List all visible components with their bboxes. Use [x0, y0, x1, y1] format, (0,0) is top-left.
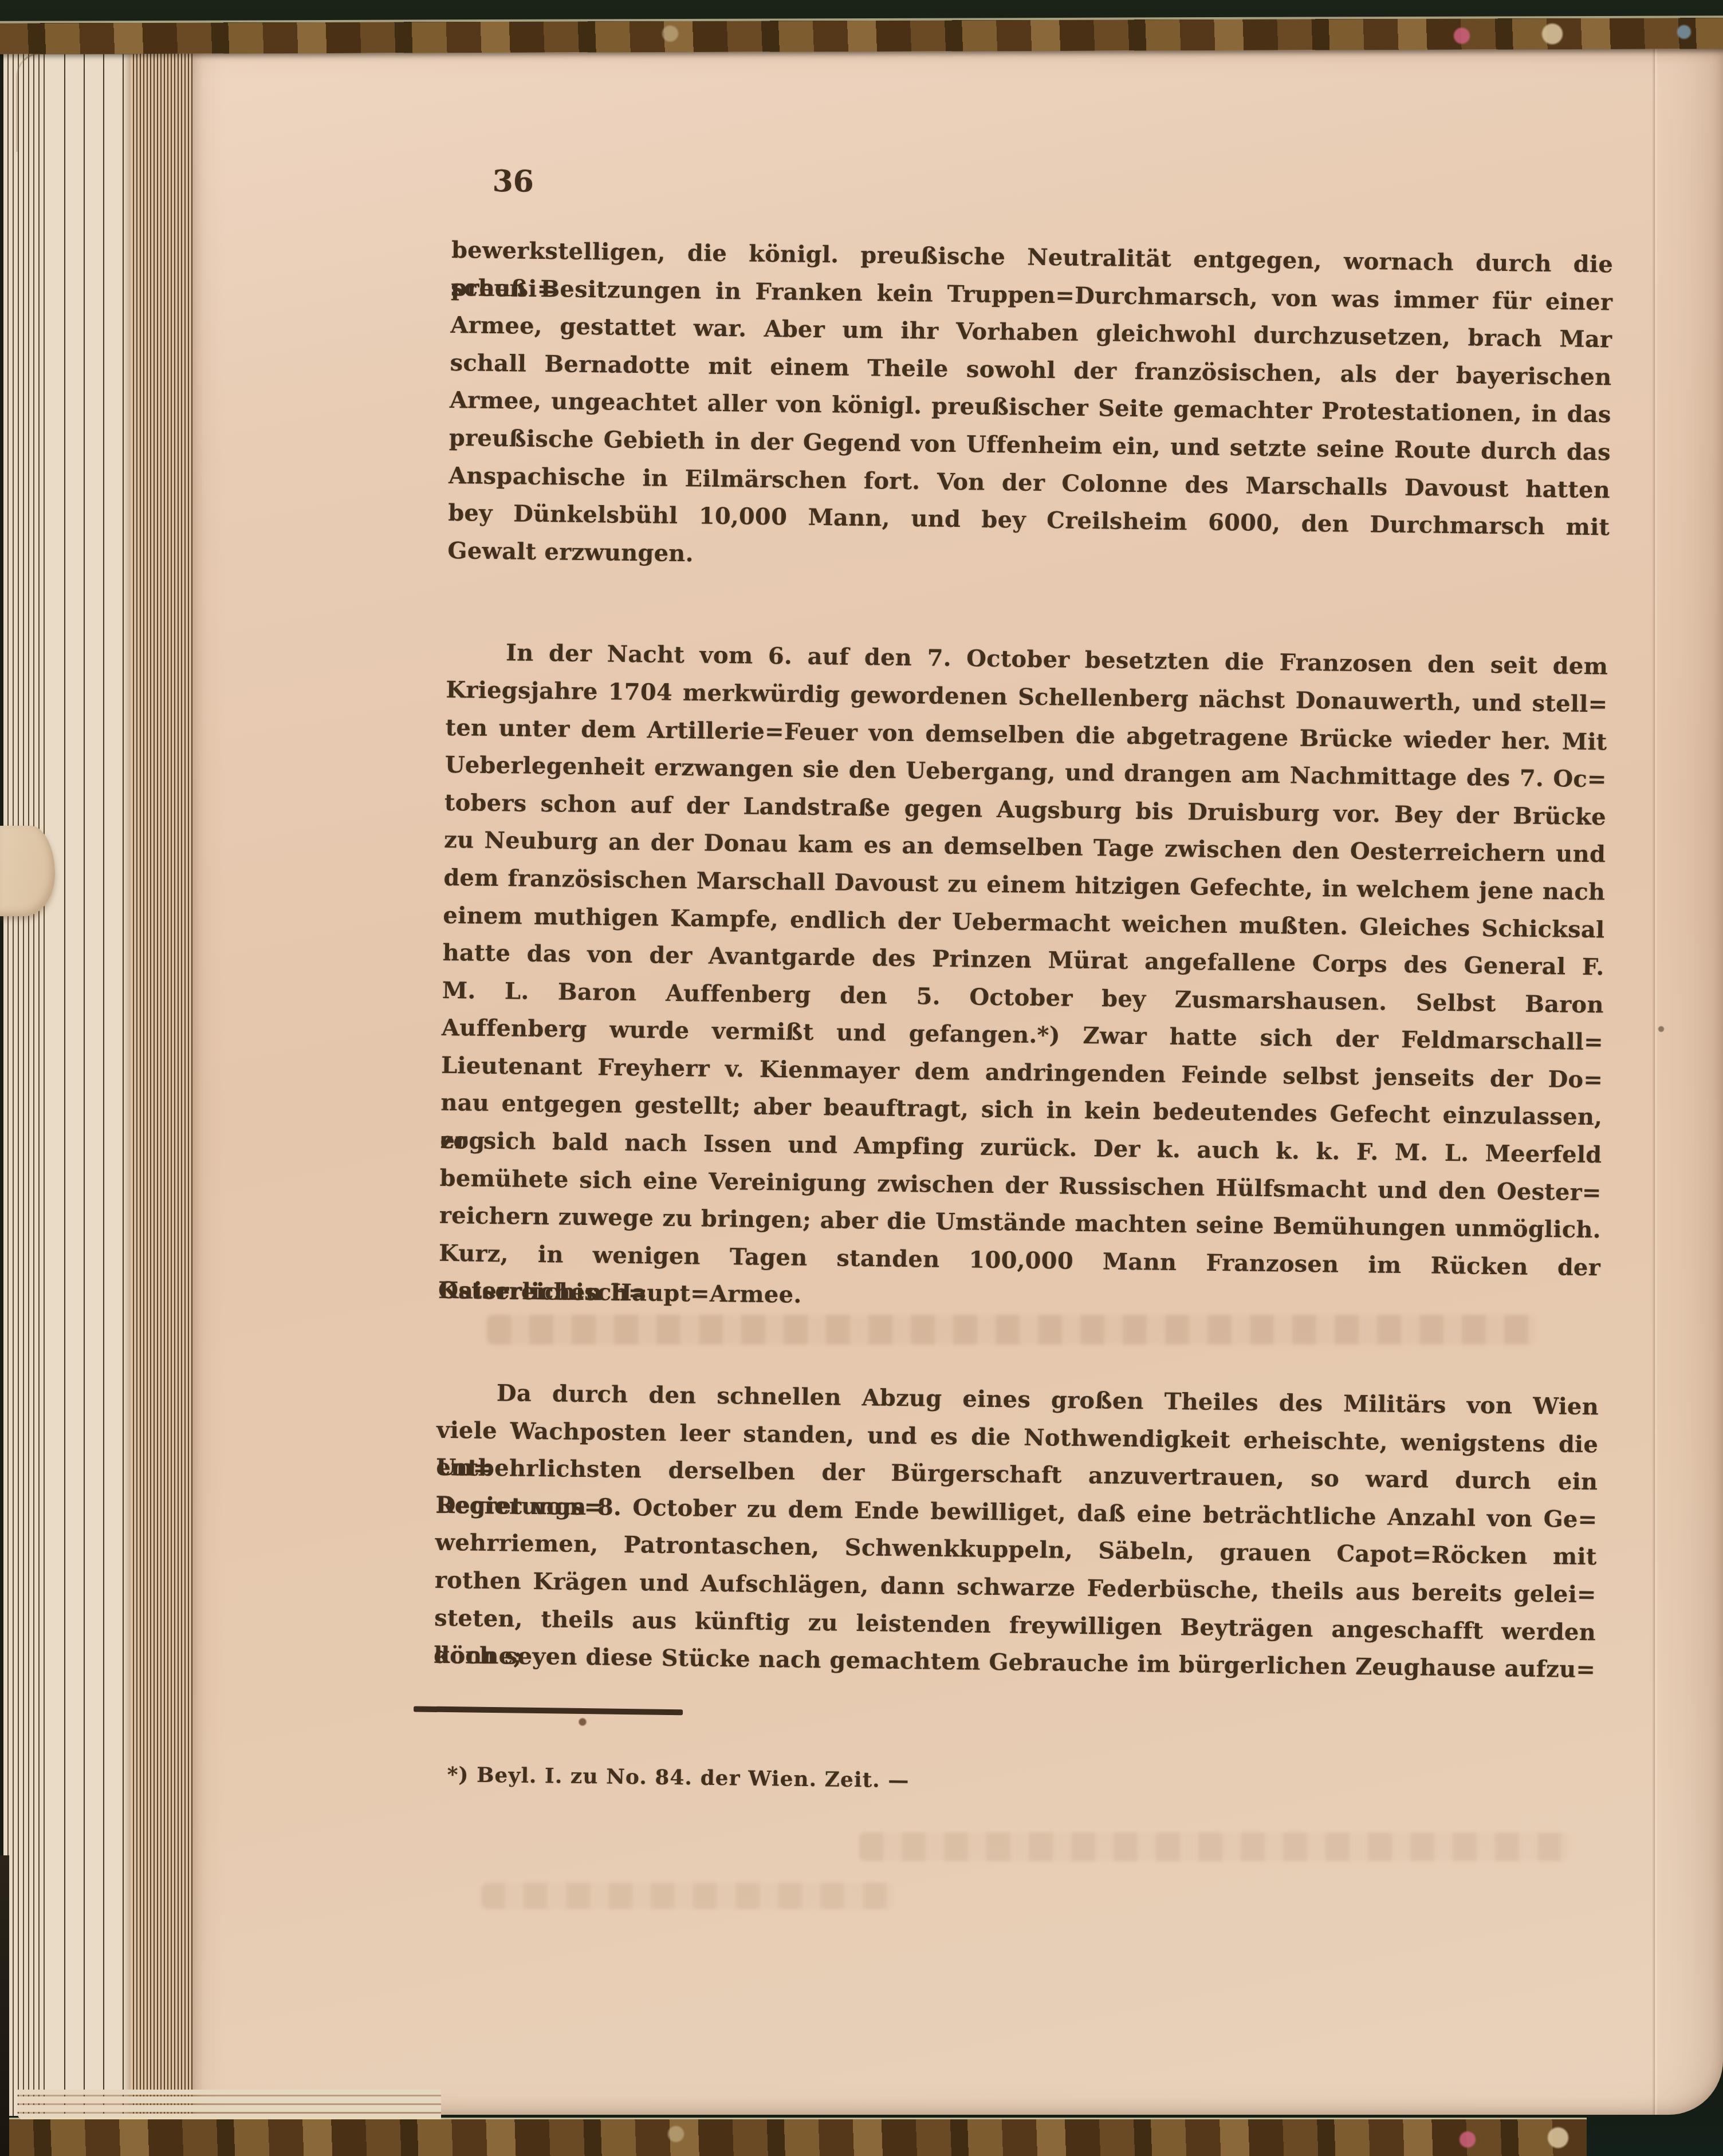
page-number: 36	[492, 164, 534, 199]
paragraph: bewerkstelligen, die königl. preußische …	[447, 231, 1613, 584]
ink-bleed-band	[481, 1883, 894, 1909]
page-edges-fine-band	[131, 50, 194, 2118]
bottom-cover-marbled-edge	[0, 2119, 1587, 2156]
printed-content: 36 bewerkstelligen, die königl. preußisc…	[432, 164, 1614, 1803]
top-cover-marbled-edge	[0, 18, 1723, 54]
page-edges-bottom	[17, 2090, 441, 2120]
page-edges-left	[3, 53, 46, 2116]
paragraph: Da durch den schnellen Abzug eines große…	[434, 1374, 1599, 1689]
book-photo: 36 bewerkstelligen, die königl. preußisc…	[0, 0, 1723, 2156]
underpage-corner-outline	[16, 53, 138, 152]
footnote-separator-rule	[414, 1706, 683, 1715]
page-edges-gap	[46, 52, 131, 2117]
ink-bleed-band	[859, 1832, 1569, 1861]
paper-tab	[0, 826, 55, 916]
page-crease-right	[1652, 47, 1658, 2115]
dark-left-edge	[0, 1855, 9, 2156]
body-text: bewerkstelligen, die königl. preußische …	[434, 164, 1614, 1689]
paragraph: In der Nacht vom 6. auf den 7. October b…	[438, 633, 1608, 1324]
